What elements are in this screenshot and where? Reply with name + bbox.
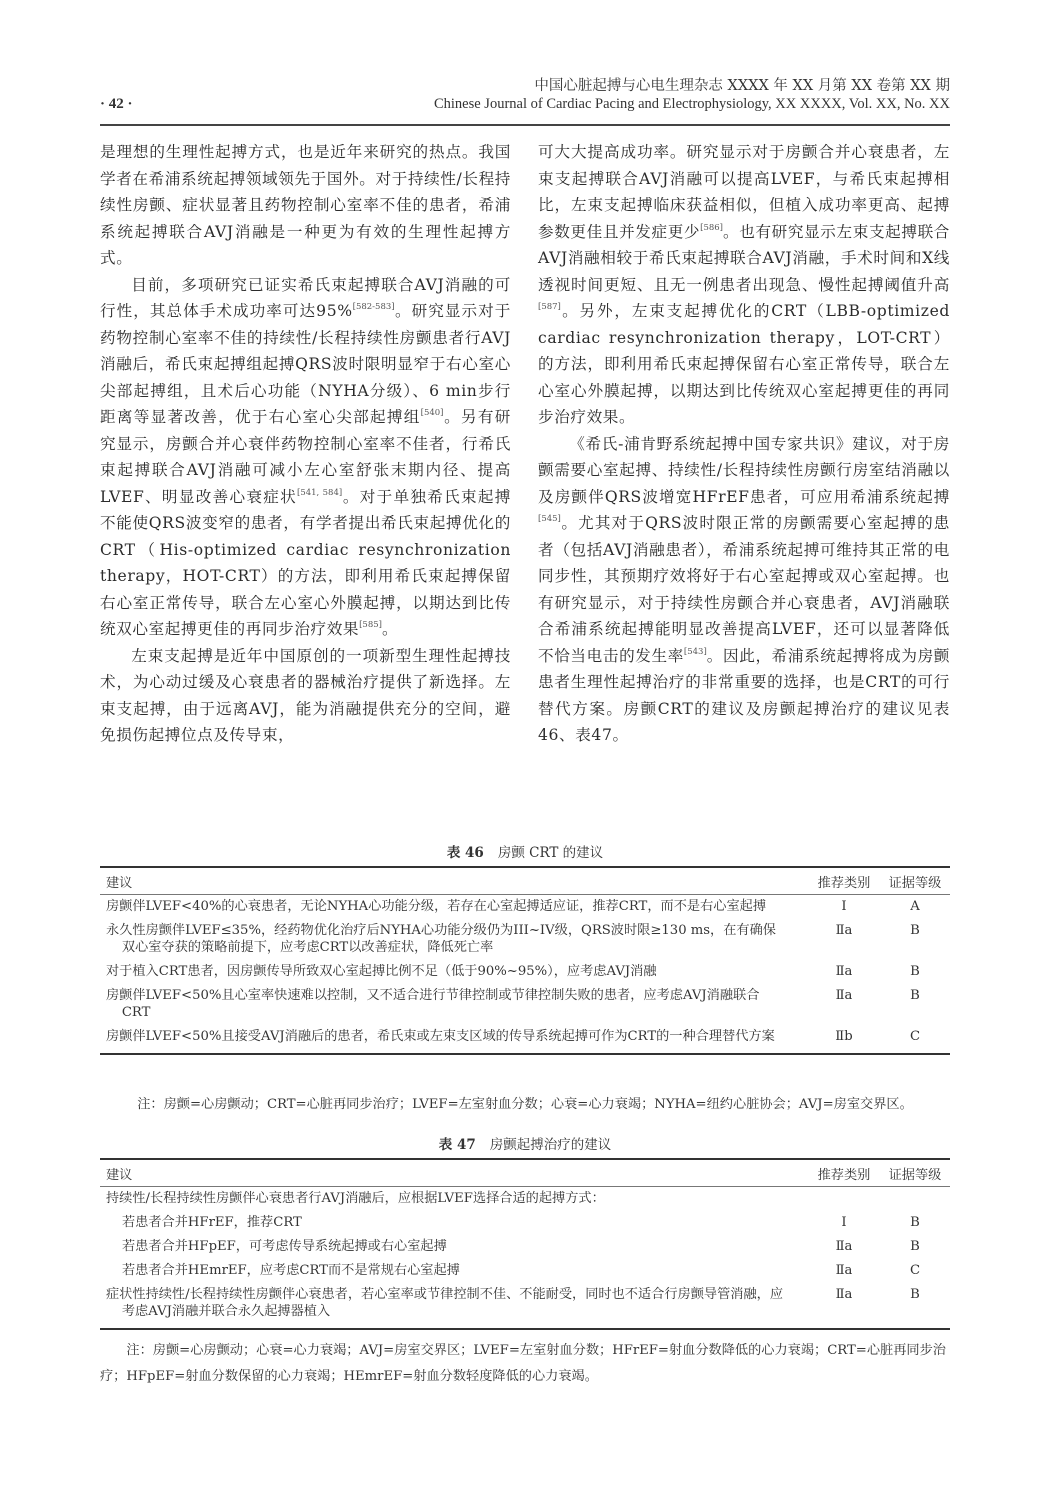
table-label: 表 46 <box>447 845 484 861</box>
paragraph: 是理想的生理性起搏方式，也是近年来研究的热点。我国学者在希浦系统起搏领域领先于国… <box>100 139 511 272</box>
table-row: 房颤伴LVEF<40%的心衰患者，无论NYHA心功能分级，若存在心室起搏适应证，… <box>100 895 950 920</box>
table-label: 表 47 <box>439 1137 476 1153</box>
table-47-note: 注：房颤=心房颤动；心衰=心力衰竭；AVJ=房室交界区；LVEF=左室射血分数；… <box>100 1338 950 1390</box>
table-row: 若患者合并HFpEF，可考虑传导系统起搏或右心室起搏 Ⅱa B <box>100 1235 950 1259</box>
table-header-row: 建议 推荐类别 证据等级 <box>100 1159 950 1187</box>
column-header: 推荐类别 <box>808 867 880 895</box>
right-column: 可大大提高成功率。研究显示对于房颤合并心衰患者，左束支起搏联合AVJ消融可以提高… <box>538 139 950 749</box>
journal-title-en: Chinese Journal of Cardiac Pacing and El… <box>434 96 950 113</box>
table-header-row: 建议 推荐类别 证据等级 <box>100 867 950 895</box>
page-number: · 42 · <box>100 96 133 113</box>
paragraph: 《希氏-浦肯野系统起搏中国专家共识》建议，对于房颤需要心室起搏、持续性/长程持续… <box>538 431 950 749</box>
table-46-note: 注：房颤=心房颤动；CRT=心脏再同步治疗；LVEF=左室射血分数；心衰=心力衰… <box>100 1092 950 1118</box>
paragraph: 可大大提高成功率。研究显示对于房颤合并心衰患者，左束支起搏联合AVJ消融可以提高… <box>538 139 950 431</box>
table-47-caption: 表 47房颤起搏治疗的建议 <box>100 1133 950 1153</box>
paragraph: 左束支起搏是近年中国原创的一项新型生理性起搏技术，为心动过缓及心衰患者的器械治疗… <box>100 643 511 749</box>
column-header: 推荐类别 <box>808 1159 880 1187</box>
table-row: 房颤伴LVEF<50%且心室率快速难以控制，又不适合进行节律控制或节律控制失败的… <box>100 984 950 1025</box>
table-row: 持续性/长程持续性房颤伴心衰患者行AVJ消融后，应根据LVEF选择合适的起搏方式… <box>100 1187 950 1212</box>
table-bottom-rule <box>100 1054 950 1055</box>
table-row: 房颤伴LVEF<50%且接受AVJ消融后的患者，希氏束或左束支区域的传导系统起搏… <box>100 1025 950 1054</box>
journal-title-cn: 中国心脏起搏与心电生理杂志 XXXX 年 XX 月第 XX 卷第 XX 期 <box>534 74 950 95</box>
table-46-caption: 表 46房颤 CRT 的建议 <box>100 841 950 861</box>
citation: [585] <box>359 620 382 630</box>
column-header: 证据等级 <box>880 1159 950 1187</box>
table-row: 若患者合并HFrEF，推荐CRT Ⅰ B <box>100 1211 950 1235</box>
table-title: 房颤起搏治疗的建议 <box>490 1137 612 1153</box>
column-header: 证据等级 <box>880 867 950 895</box>
citation: [587] <box>538 302 561 312</box>
citation: [543] <box>684 647 707 657</box>
citation: [541, 584] <box>297 488 342 498</box>
running-header: 中国心脏起搏与心电生理杂志 XXXX 年 XX 月第 XX 卷第 XX 期 · … <box>100 74 950 120</box>
citation: [586] <box>700 223 723 233</box>
table-47: 建议 推荐类别 证据等级 持续性/长程持续性房颤伴心衰患者行AVJ消融后，应根据… <box>100 1158 950 1330</box>
table-46: 建议 推荐类别 证据等级 房颤伴LVEF<40%的心衰患者，无论NYHA心功能分… <box>100 866 950 1055</box>
citation: [540] <box>421 408 444 418</box>
table-row: 若患者合并HEmrEF，应考虑CRT而不是常规右心室起搏 Ⅱa C <box>100 1259 950 1283</box>
header-rule <box>100 124 950 126</box>
table-row: 永久性房颤伴LVEF≤35%，经药物优化治疗后NYHA心功能分级仍为III~IV… <box>100 919 950 960</box>
table-row: 症状性持续性/长程持续性房颤伴心衰患者，若心室率或节律控制不佳、不能耐受，同时也… <box>100 1283 950 1329</box>
table-title: 房颤 CRT 的建议 <box>498 845 603 861</box>
citation: [545] <box>538 514 561 524</box>
column-header: 建议 <box>100 1159 808 1187</box>
citation: [582-583] <box>353 302 395 312</box>
paragraph: 目前，多项研究已证实希氏束起搏联合AVJ消融的可行性，其总体手术成功率可达95%… <box>100 272 511 643</box>
column-header: 建议 <box>100 867 808 895</box>
table-bottom-rule <box>100 1329 950 1330</box>
table-row: 对于植入CRT患者，因房颤传导所致双心室起搏比例不足（低于90%~95%），应考… <box>100 960 950 984</box>
left-column: 是理想的生理性起搏方式，也是近年来研究的热点。我国学者在希浦系统起搏领域领先于国… <box>100 139 511 749</box>
